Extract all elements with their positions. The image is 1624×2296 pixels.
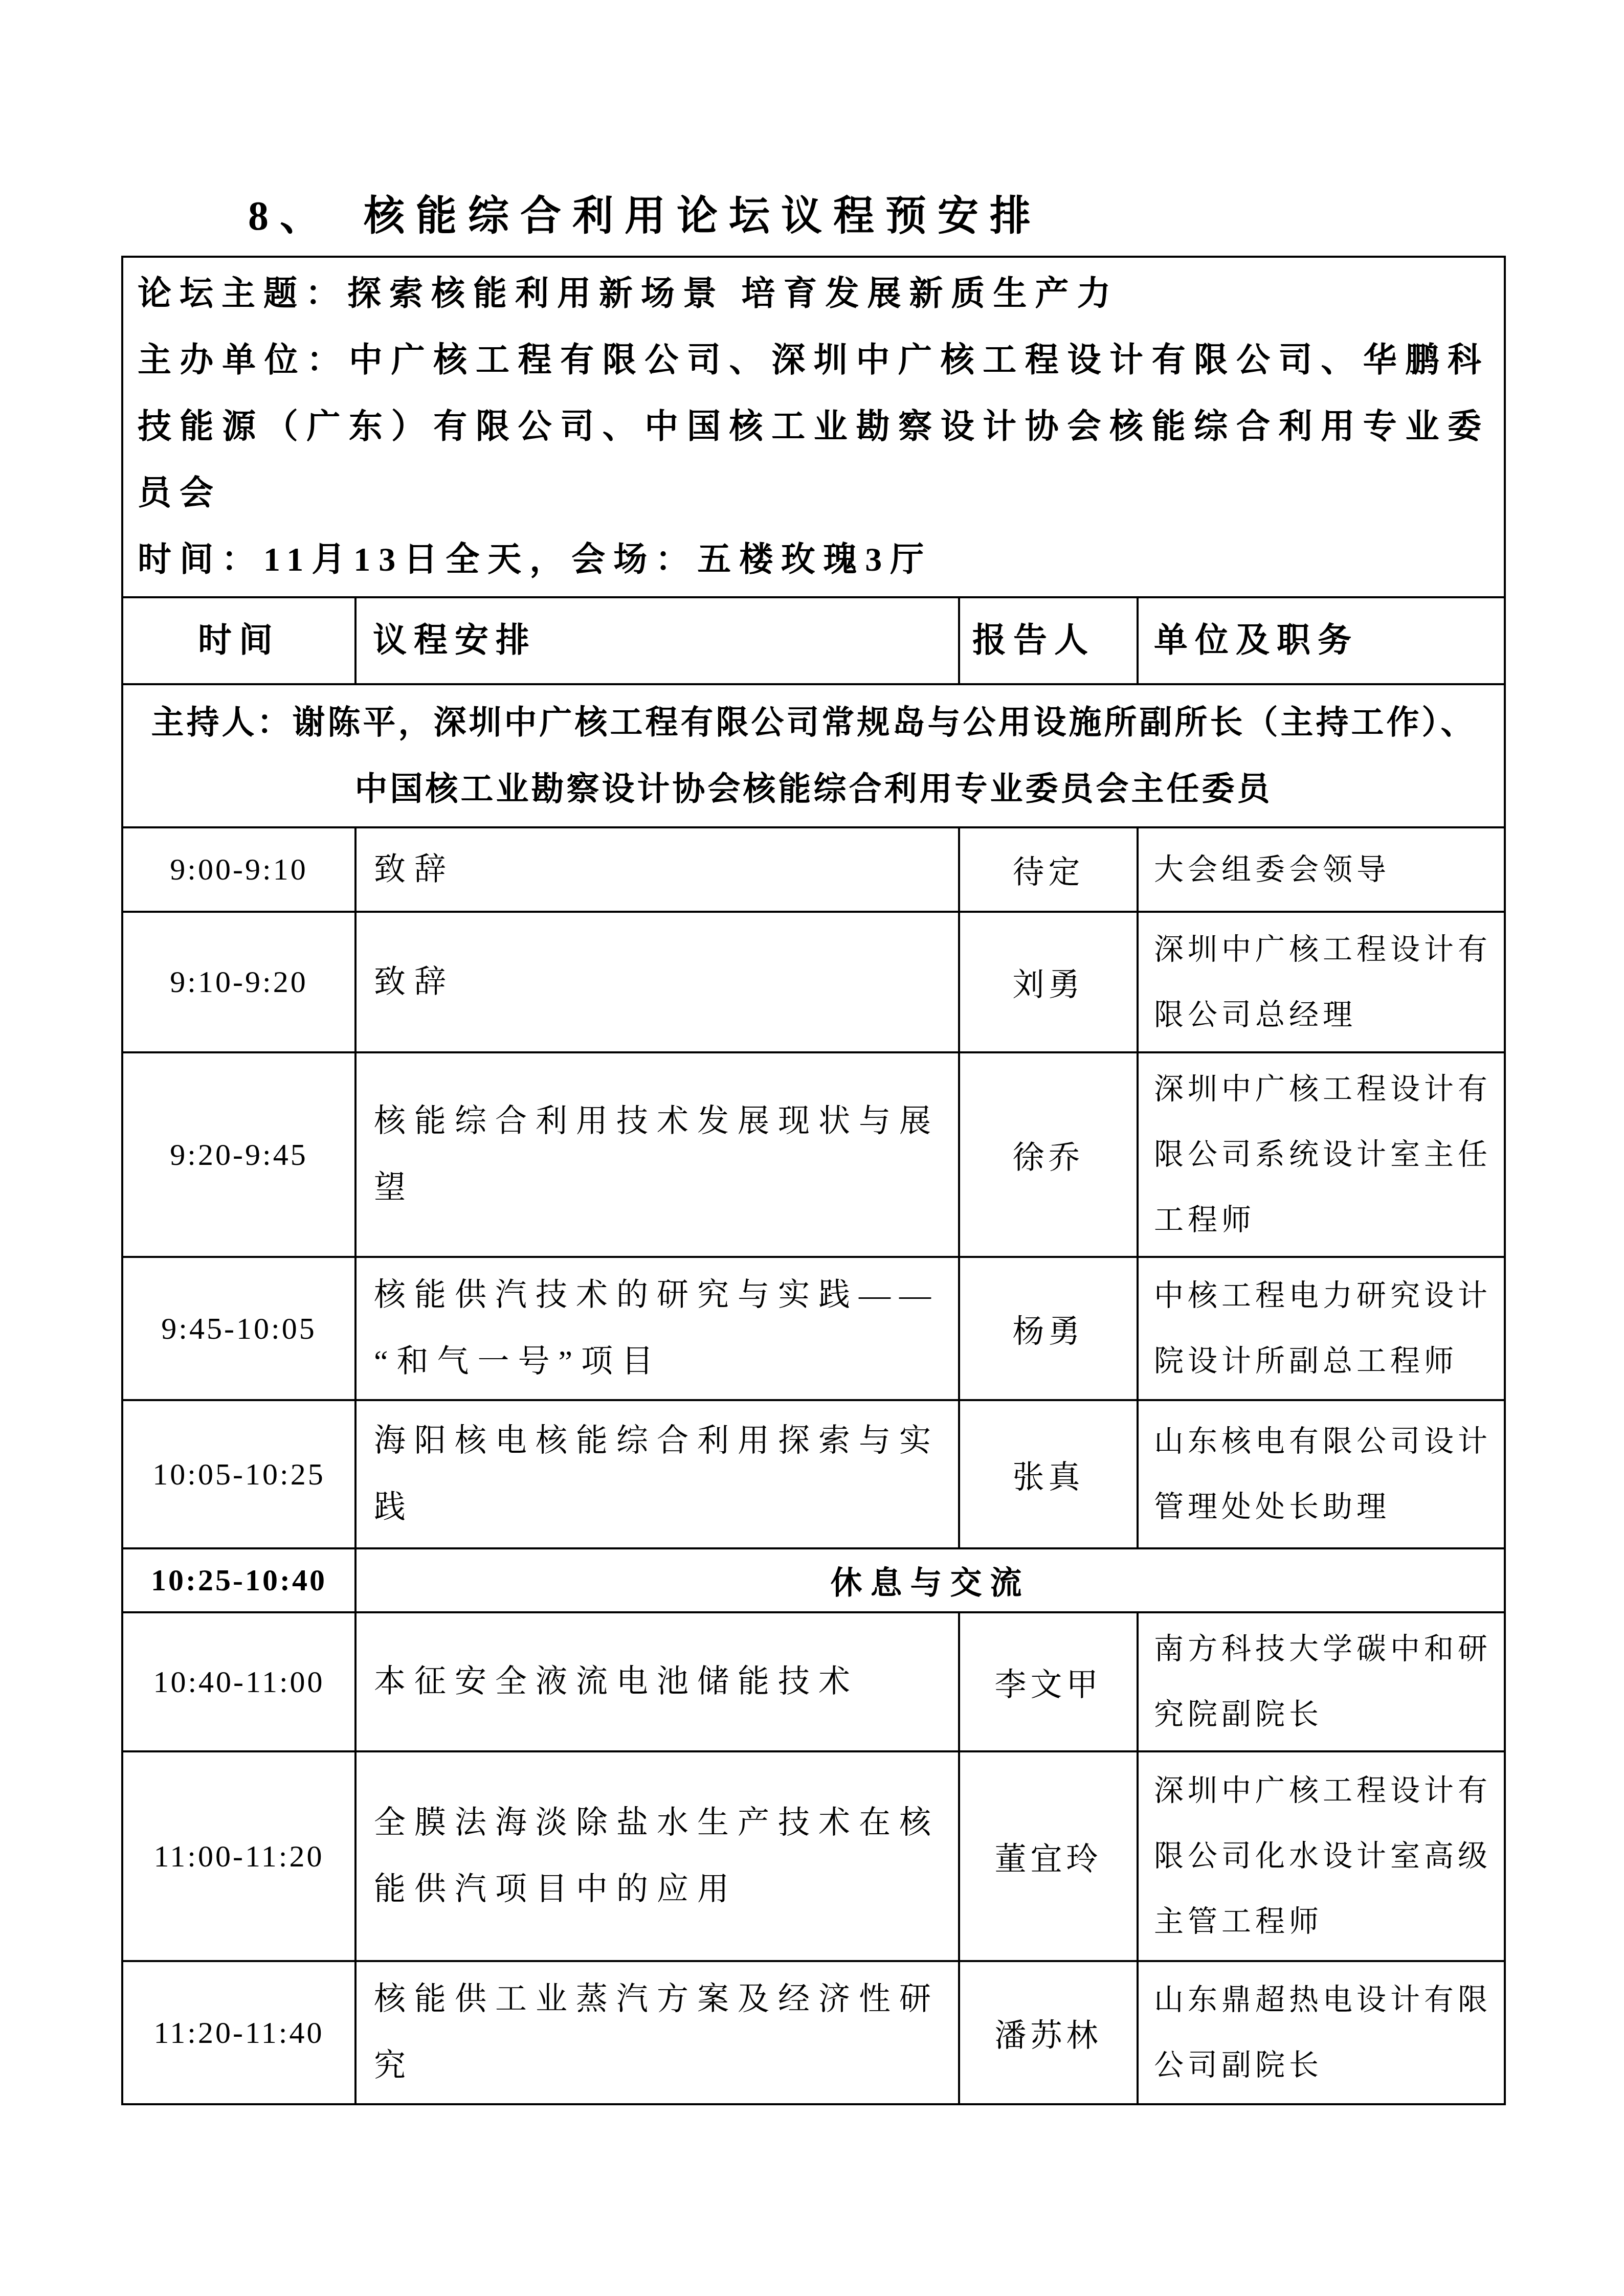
cell-unit: 山东核电有限公司设计管理处处长助理	[1138, 1400, 1505, 1548]
document-page: 8、 核能综合利用论坛议程预安排 论坛主题：探索核能利用新场景 培育发展新质生产…	[0, 0, 1624, 2296]
cell-unit: 深圳中广核工程设计有限公司化水设计室高级主管工程师	[1138, 1751, 1505, 1961]
cell-time: 10:05-10:25	[122, 1400, 355, 1548]
cell-time: 9:45-10:05	[122, 1257, 355, 1400]
host-row: 主持人：谢陈平，深圳中广核工程有限公司常规岛与公用设施所副所长（主持工作）、 中…	[122, 684, 1505, 827]
header-speaker: 报告人	[959, 597, 1138, 684]
agenda-row: 9:10-9:20 致辞 刘勇 深圳中广核工程设计有限公司总经理	[122, 912, 1505, 1052]
agenda-row: 9:00-9:10 致辞 待定 大会组委会领导	[122, 827, 1505, 912]
cell-speaker: 董宜玲	[959, 1751, 1138, 1961]
cell-unit: 深圳中广核工程设计有限公司系统设计室主任工程师	[1138, 1052, 1505, 1257]
cell-time: 9:20-9:45	[122, 1052, 355, 1257]
forum-theme: 论坛主题：探索核能利用新场景 培育发展新质生产力	[138, 261, 1489, 327]
cell-speaker: 张真	[959, 1400, 1138, 1548]
host-line-2: 中国核工业勘察设计协会核能综合利用专业委员会主任委员	[132, 756, 1495, 822]
agenda-row: 9:45-10:05 核能供汽技术的研究与实践——“和气一号”项目 杨勇 中核工…	[122, 1257, 1505, 1400]
forum-organizer: 主办单位：中广核工程有限公司、深圳中广核工程设计有限公司、华鹏科技能源（广东）有…	[138, 327, 1489, 527]
agenda-row: 11:20-11:40 核能供工业蒸汽方案及经济性研究 潘苏林 山东鼎超热电设计…	[122, 1961, 1505, 2104]
info-row: 论坛主题：探索核能利用新场景 培育发展新质生产力 主办单位：中广核工程有限公司、…	[122, 257, 1505, 597]
cell-unit: 大会组委会领导	[1138, 827, 1505, 912]
cell-time: 9:00-9:10	[122, 827, 355, 912]
cell-speaker: 李文甲	[959, 1612, 1138, 1751]
cell-unit: 南方科技大学碳中和研究院副院长	[1138, 1612, 1505, 1751]
host-line-1: 主持人：谢陈平，深圳中广核工程有限公司常规岛与公用设施所副所长（主持工作）、	[132, 689, 1495, 756]
header-row: 时间 议程安排 报告人 单位及职务	[122, 597, 1505, 684]
agenda-row: 11:00-11:20 全膜法海淡除盐水生产技术在核能供汽项目中的应用 董宜玲 …	[122, 1751, 1505, 1961]
cell-agenda: 致辞	[355, 827, 959, 912]
agenda-row: 10:05-10:25 海阳核电核能综合利用探索与实践 张真 山东核电有限公司设…	[122, 1400, 1505, 1548]
cell-speaker: 杨勇	[959, 1257, 1138, 1400]
break-time: 10:25-10:40	[122, 1548, 355, 1612]
header-agenda: 议程安排	[355, 597, 959, 684]
cell-agenda: 核能供汽技术的研究与实践——“和气一号”项目	[355, 1257, 959, 1400]
cell-agenda: 海阳核电核能综合利用探索与实践	[355, 1400, 959, 1548]
agenda-row: 10:40-11:00 本征安全液流电池储能技术 李文甲 南方科技大学碳中和研究…	[122, 1612, 1505, 1751]
header-time: 时间	[122, 597, 355, 684]
cell-agenda: 全膜法海淡除盐水生产技术在核能供汽项目中的应用	[355, 1751, 959, 1961]
header-unit: 单位及职务	[1138, 597, 1505, 684]
forum-time-venue: 时间：11月13日全天，会场：五楼玫瑰3厅	[138, 527, 1489, 593]
document-title: 8、 核能综合利用论坛议程预安排	[248, 188, 1042, 244]
break-label: 休息与交流	[355, 1548, 1505, 1612]
cell-agenda: 核能综合利用技术发展现状与展望	[355, 1052, 959, 1257]
cell-time: 9:10-9:20	[122, 912, 355, 1052]
cell-speaker: 潘苏林	[959, 1961, 1138, 2104]
cell-speaker: 刘勇	[959, 912, 1138, 1052]
cell-time: 10:40-11:00	[122, 1612, 355, 1751]
agenda-table: 论坛主题：探索核能利用新场景 培育发展新质生产力 主办单位：中广核工程有限公司、…	[121, 256, 1506, 2105]
cell-speaker: 徐乔	[959, 1052, 1138, 1257]
cell-time: 11:00-11:20	[122, 1751, 355, 1961]
info-cell: 论坛主题：探索核能利用新场景 培育发展新质生产力 主办单位：中广核工程有限公司、…	[122, 257, 1505, 597]
cell-agenda: 核能供工业蒸汽方案及经济性研究	[355, 1961, 959, 2104]
cell-unit: 深圳中广核工程设计有限公司总经理	[1138, 912, 1505, 1052]
cell-unit: 中核工程电力研究设计院设计所副总工程师	[1138, 1257, 1505, 1400]
agenda-row: 9:20-9:45 核能综合利用技术发展现状与展望 徐乔 深圳中广核工程设计有限…	[122, 1052, 1505, 1257]
cell-time: 11:20-11:40	[122, 1961, 355, 2104]
cell-unit: 山东鼎超热电设计有限公司副院长	[1138, 1961, 1505, 2104]
break-row: 10:25-10:40 休息与交流	[122, 1548, 1505, 1612]
cell-speaker: 待定	[959, 827, 1138, 912]
cell-agenda: 本征安全液流电池储能技术	[355, 1612, 959, 1751]
host-cell: 主持人：谢陈平，深圳中广核工程有限公司常规岛与公用设施所副所长（主持工作）、 中…	[122, 684, 1505, 827]
cell-agenda: 致辞	[355, 912, 959, 1052]
